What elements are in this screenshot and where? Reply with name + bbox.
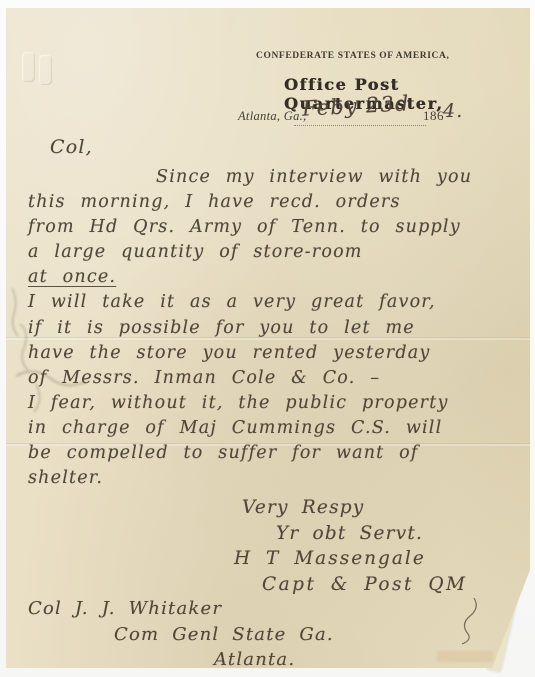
handwritten-body-line: in charge of Maj Cummings C.S. will [28, 416, 524, 441]
closing-signature-block: Very RespyYr obt Servt.H T MassengaleCap… [228, 495, 467, 597]
address-line: Col J. J. Whitaker [28, 596, 334, 622]
letter-paper: CONFEDERATE STATES OF AMERICA, Office Po… [6, 8, 530, 668]
salutation: Col, [50, 136, 93, 158]
embossed-seal [22, 52, 35, 82]
handwritten-body-line: from Hd Qrs. Army of Tenn. to supply [28, 215, 524, 240]
recipient-address-block: Col J. J. WhitakerCom Genl State Ga.Atla… [28, 596, 334, 673]
closing-line: Yr obt Servt. [276, 521, 467, 547]
letter-body: Since my interview with youthis morning,… [28, 165, 524, 491]
handwritten-body-line: have the store you rented yesterday [28, 341, 524, 366]
embossed-seal [39, 55, 52, 85]
closing-line: Very Respy [242, 495, 467, 521]
pen-flourish [446, 596, 480, 646]
address-line: Atlanta. [214, 647, 334, 673]
printed-year-prefix: 186 [423, 108, 444, 124]
handwritten-year-digit: 4. [443, 100, 464, 122]
faint-stamp-smudge [437, 651, 493, 662]
scanned-letter-image: CONFEDERATE STATES OF AMERICA, Office Po… [0, 0, 535, 677]
handwritten-body-line: shelter. [28, 466, 524, 491]
closing-line: Capt & Post QM [262, 572, 467, 598]
letterhead-country-line: CONFEDERATE STATES OF AMERICA, [256, 51, 449, 61]
handwritten-body-line: a large quantity of store-room [28, 240, 524, 265]
handwritten-body-line: of Messrs. Inman Cole & Co. – [28, 366, 524, 391]
handwritten-body-line: I fear, without it, the public property [28, 391, 524, 416]
handwritten-body-line: this morning, I have recd. orders [28, 190, 524, 215]
closing-line: H T Massengale [234, 546, 467, 572]
handwritten-body-line: be compelled to suffer for want of [28, 441, 524, 466]
handwritten-body-line: Since my interview with you [156, 165, 524, 190]
handwritten-body-line: at once. [28, 265, 116, 290]
handwritten-body-line: if it is possible for you to let me [28, 316, 524, 341]
handwritten-body-line: I will take it as a very great favor, [28, 290, 524, 315]
address-line: Com Genl State Ga. [114, 622, 334, 648]
